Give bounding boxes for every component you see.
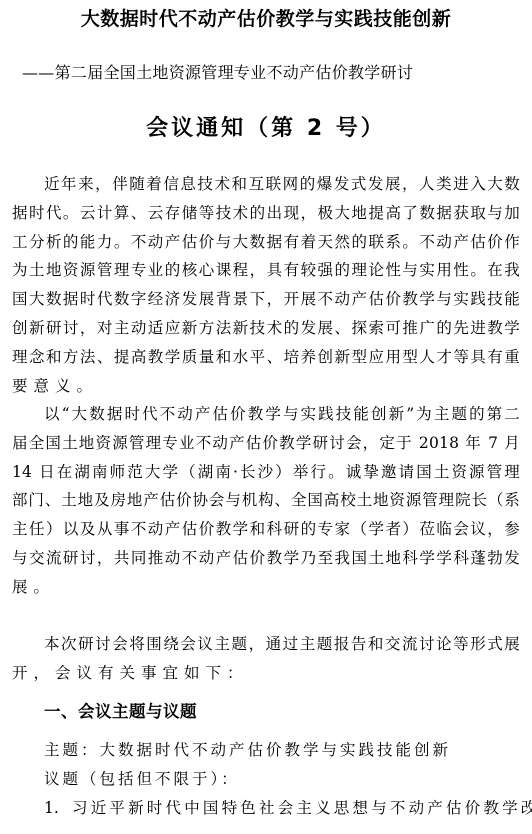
text-line: 与交流研讨，共同推动不动产估价教学乃至我国土地科学学科蓬勃发 [12,544,520,573]
paragraph-format: 本次研讨会将围绕会议主题，通过主题报告和交流讨论等形式展 开，会议有关事宜如下： [12,630,520,688]
text-line: 工分析的能力。不动产估价与大数据有着天然的联系。不动产估价作 [12,228,520,257]
text-line: 届全国土地资源管理专业不动产估价教学研讨会，定于 2018 年 7 月 [12,429,520,458]
topic-item-text: 习近平新时代中国特色社会主义思想与不动产估价教学改革 [72,799,532,817]
text-line: 14 日在湖南师范大学（湖南·长沙）举行。诚挚邀请国土资源管理 [12,458,520,487]
text-line: 开，会议有关事宜如下： [12,659,520,688]
text-line: 要意义。 [12,372,520,401]
topic-list-item: 1.习近平新时代中国特色社会主义思想与不动产估价教学改革 [44,794,520,823]
topic-item-number: 1. [44,794,72,823]
text-line: 本次研讨会将围绕会议主题，通过主题报告和交流讨论等形式展 [12,630,520,659]
paragraph-conference-info: 以“大数据时代不动产估价教学与实践技能创新”为主题的第二 届全国土地资源管理专业… [12,400,520,602]
document-subtitle: ——第二届全国土地资源管理专业不动产估价教学研讨 [22,62,522,84]
theme-line: 主题：大数据时代不动产估价教学与实践技能创新 [44,736,451,765]
text-line: 创新研讨，对主动适应新方法新技术的发展、探索可推广的先进教学 [12,314,520,343]
topics-label: 议题（包括但不限于）： [44,765,451,794]
text-line: 理念和方法、提高教学质量和水平、培养创新型应用型人才等具有重 [12,343,520,372]
text-line: 部门、土地及房地产估价协会与机构、全国高校土地资源管理院长（系 [12,486,520,515]
text-line: 以“大数据时代不动产估价教学与实践技能创新”为主题的第二 [12,400,520,429]
text-line: 展。 [12,573,520,602]
text-line: 国大数据时代数字经济发展背景下，开展不动产估价教学与实践技能 [12,285,520,314]
text-line: 主任）以及从事不动产估价教学和科研的专家（学者）莅临会议，参 [12,515,520,544]
text-line: 为土地资源管理专业的核心课程，具有较强的理论性与实用性。在我 [12,256,520,285]
document-title: 大数据时代不动产估价教学与实践技能创新 [0,6,532,32]
theme-topics-block: 主题：大数据时代不动产估价教学与实践技能创新 议题（包括但不限于）： [44,736,451,794]
paragraph-intro: 近年来，伴随着信息技术和互联网的爆发式发展，人类进入大数 据时代。云计算、云存储… [12,170,520,400]
notice-title: 会议通知（第 2 号） [0,114,532,144]
text-line: 据时代。云计算、云存储等技术的出现，极大地提高了数据获取与加 [12,199,520,228]
section-heading-theme-topics: 一、会议主题与议题 [44,700,197,724]
text-line: 近年来，伴随着信息技术和互联网的爆发式发展，人类进入大数 [12,170,520,199]
